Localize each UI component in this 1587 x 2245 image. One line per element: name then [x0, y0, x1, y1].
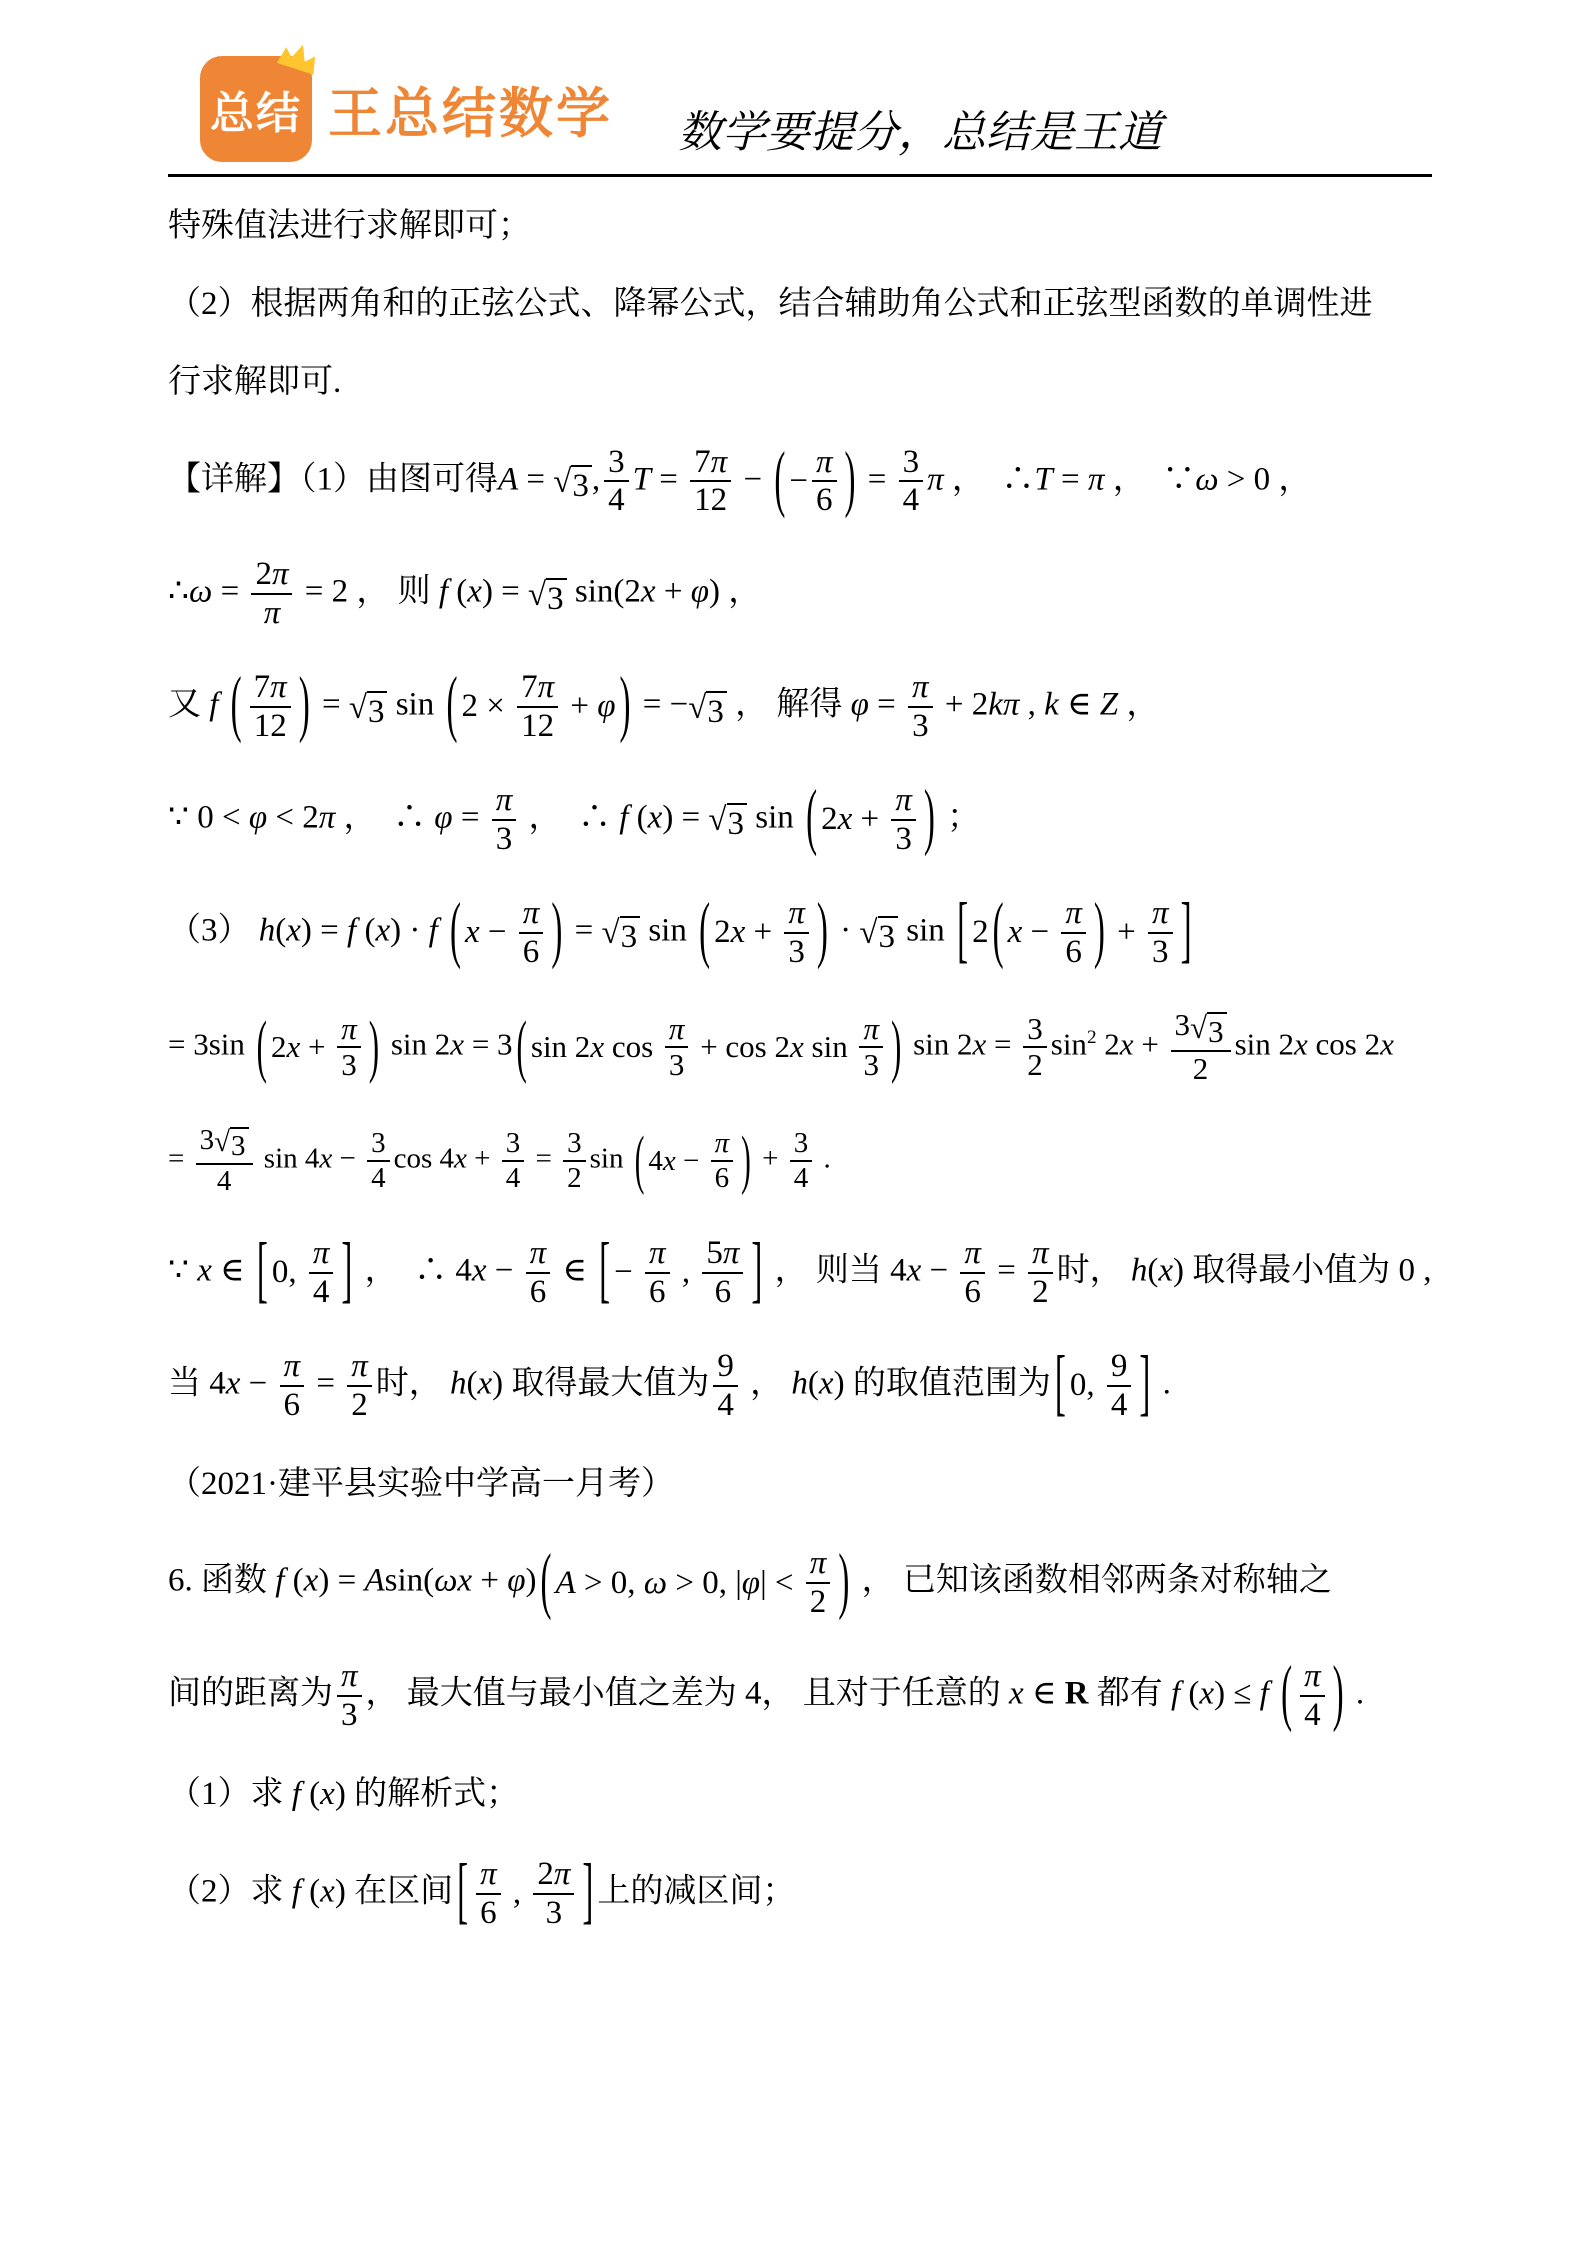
bracket-group: (2x + π3)	[695, 895, 832, 971]
header-rule	[168, 174, 1432, 177]
radical: √3	[553, 465, 592, 506]
radical: √3	[214, 1127, 248, 1163]
fraction: 34	[502, 1127, 525, 1194]
line-16: （2）求 f (x) 在区间[π6 , 2π3]上的减区间；	[168, 1856, 1437, 1932]
fraction: 3√32	[1171, 1008, 1231, 1087]
radical: √3	[349, 691, 388, 732]
fraction: π4	[1300, 1658, 1325, 1734]
page-header: 总结 王总结数学 数学要提分，总结是王道	[0, 0, 1587, 166]
fraction: π3	[665, 1012, 689, 1083]
line-15: （1）求 f (x) 的解析式；	[168, 1771, 1437, 1819]
fraction: π2	[347, 1348, 372, 1424]
crown-icon	[273, 35, 325, 79]
line-10: ∵ x ∈ [0, π4] ， ∴ 4x − π6 ∈ [− π6 , 5π6]…	[168, 1235, 1437, 1311]
fraction: 94	[713, 1348, 738, 1424]
fraction: π3	[337, 1658, 362, 1734]
document-body: 特殊值法进行求解即可；（2）根据两角和的正弦公式、降幂公式，结合辅助角公式和正弦…	[0, 203, 1587, 1932]
radical: √3	[601, 916, 640, 957]
fraction: π3	[1148, 895, 1173, 971]
bracket-group: (x − π6)	[989, 895, 1109, 971]
bracket-group: (A > 0, ω > 0, |φ| < π2)	[536, 1545, 853, 1621]
line-2: 行求解即可.	[168, 359, 1437, 407]
fraction: 34	[604, 444, 629, 520]
fraction: 7π12	[690, 444, 731, 520]
radical: √3	[688, 691, 727, 732]
fraction: π6	[476, 1856, 501, 1932]
logo-badge: 总结	[200, 56, 312, 162]
radical: √3	[859, 916, 898, 957]
fraction: π6	[645, 1235, 670, 1311]
fraction: 32	[563, 1127, 586, 1194]
bracket-group: (2x + π3)	[253, 1012, 383, 1083]
line-7: （3） h(x) = f (x) · f (x − π6) = √3 sin (…	[168, 895, 1437, 971]
bracket-group: [0, π4]	[253, 1235, 357, 1311]
fraction: 94	[1107, 1348, 1132, 1424]
fraction: π6	[711, 1127, 734, 1194]
bracket-group: (2 × 7π12 + φ)	[442, 669, 634, 745]
radical: √3	[708, 803, 747, 844]
fraction: 34	[367, 1127, 390, 1194]
bracket-group: (x − π6)	[446, 895, 566, 971]
fraction: π6	[1061, 895, 1086, 971]
line-8: = 3sin (2x + π3) sin 2x = 3(sin 2x cos π…	[168, 1008, 1437, 1087]
fraction: π2	[806, 1545, 831, 1621]
bracket-group: (π4)	[1277, 1658, 1348, 1734]
fraction: π3	[784, 895, 809, 971]
radical: √3	[1190, 1012, 1227, 1051]
fraction: π3	[337, 1012, 361, 1083]
line-5: 又 f (7π12) = √3 sin (2 × 7π12 + φ) = −√3…	[168, 669, 1437, 745]
fraction: π6	[960, 1235, 985, 1311]
header-tagline: 数学要提分，总结是王道	[613, 96, 1227, 162]
line-3: 【详解】（1）由图可得A = √3,34T = 7π12 − (−π6) = 3…	[168, 444, 1437, 520]
fraction: π6	[526, 1235, 551, 1311]
fraction: π3	[891, 782, 916, 858]
fraction: π2	[1028, 1235, 1053, 1311]
fraction: π3	[492, 782, 517, 858]
bracket-group: [0, 94]	[1051, 1348, 1155, 1424]
line-4: ∴ω = 2ππ = 2 ， 则 f (x) = √3 sin(2x + φ) …	[168, 556, 1437, 632]
fraction: 2ππ	[251, 556, 292, 632]
line-12: （2021·建平县实验中学高一月考）	[168, 1461, 1437, 1509]
line-0: 特殊值法进行求解即可；	[168, 203, 1437, 251]
line-1: （2）根据两角和的正弦公式、降幂公式，结合辅助角公式和正弦型函数的单调性进	[168, 281, 1437, 329]
fraction: π6	[519, 895, 544, 971]
line-9: = 3√34 sin 4x − 34cos 4x + 34 = 32sin (4…	[168, 1124, 1437, 1198]
brand-logo: 总结 王总结数学	[200, 56, 613, 162]
fraction: 34	[790, 1127, 813, 1194]
fraction: 34	[899, 444, 924, 520]
fraction: 7π12	[250, 669, 291, 745]
fraction: 2π3	[533, 1856, 574, 1932]
fraction: 3√34	[196, 1124, 253, 1198]
line-14: 间的距离为π3， 最大值与最小值之差为 4， 且对于任意的 x ∈ R 都有 f…	[168, 1658, 1437, 1734]
logo-text: 王总结数学	[328, 71, 613, 148]
line-13: 6. 函数 f (x) = Asin(ωx + φ)(A > 0, ω > 0,…	[168, 1545, 1437, 1621]
fraction: 5π6	[702, 1235, 743, 1311]
bracket-group: (2x + π3)	[802, 782, 939, 858]
fraction: 7π12	[517, 669, 558, 745]
fraction: π3	[908, 669, 933, 745]
fraction: π6	[280, 1348, 305, 1424]
radical: √3	[528, 578, 567, 619]
bracket-group: (−π6)	[770, 444, 859, 520]
logo-badge-text: 总结	[210, 77, 302, 141]
line-11: 当 4x − π6 = π2时， h(x) 取得最大值为94 ， h(x) 的取…	[168, 1348, 1437, 1424]
bracket-group: [− π6 , 5π6]	[595, 1235, 766, 1311]
line-6: ∵ 0 < φ < 2π ， ∴ φ = π3 ， ∴ f (x) = √3 s…	[168, 782, 1437, 858]
fraction: π6	[812, 444, 837, 520]
bracket-group: [2(x − π6) + π3]	[953, 895, 1196, 971]
bracket-group: (7π12)	[227, 669, 314, 745]
fraction: π3	[859, 1012, 883, 1083]
bracket-group: (sin 2x cos π3 + cos 2x sin π3)	[513, 1012, 906, 1083]
bracket-group: [π6 , 2π3]	[453, 1856, 597, 1932]
fraction: π4	[309, 1235, 334, 1311]
fraction: 32	[1023, 1012, 1047, 1083]
document-lines: 特殊值法进行求解即可；（2）根据两角和的正弦公式、降幂公式，结合辅助角公式和正弦…	[168, 203, 1437, 1932]
bracket-group: (4x − π6)	[631, 1127, 755, 1194]
page: { "header": { "logo_badge": "总结", "logo_…	[0, 0, 1587, 2245]
